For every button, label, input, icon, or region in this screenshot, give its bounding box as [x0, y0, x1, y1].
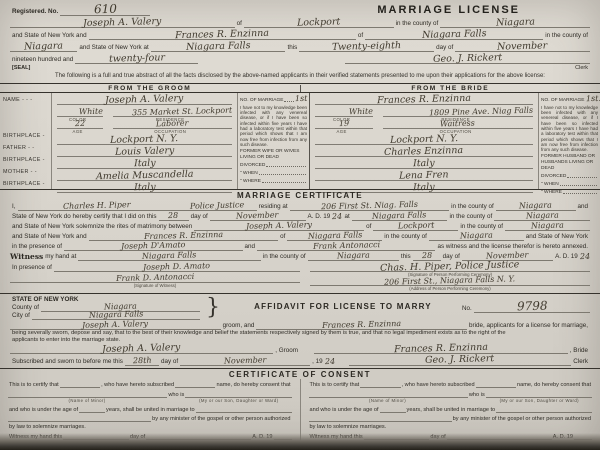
health-statement: I have not to my knowledge been infected… [541, 105, 598, 153]
officiant-address-signature: 206 First St., Niagara Falls N. Y. [384, 275, 515, 286]
printed-text: and State of New York [526, 233, 588, 241]
county-value: Niagara [337, 252, 370, 261]
clerk-signature: Geo. J. Rickert [425, 355, 494, 366]
registered-no-field: 610 [60, 3, 150, 16]
place-value: Niagara Falls [372, 211, 427, 220]
groom-name-value: Joseph A. Valery [83, 16, 162, 28]
printed-text: by any minister of the gospel or other p… [152, 416, 290, 422]
bride-occupation-value: Waitress [440, 120, 475, 129]
when-label: " WHEN [541, 182, 559, 187]
bride-fields-column: Frances R. Enzinna White 1809 Pine Ave. … [310, 93, 538, 189]
printed-text: City of [12, 312, 30, 320]
printed-text: groom, and [223, 322, 255, 330]
printed-text: this [287, 44, 297, 52]
month-value: November [224, 356, 267, 365]
county-value: Niagara [519, 202, 552, 211]
bride-residence-value: 1809 Pine Ave. Niag Falls [429, 107, 533, 118]
affidavit-line-1: Joseph A. Valery groom, and Frances R. E… [10, 319, 590, 330]
printed-text: day of [161, 358, 178, 366]
former-spouse-label: FORMER HUSBAND OR HUSBANDS LIVING OR DEA… [541, 154, 596, 171]
bride-city-value: Niagara Falls [308, 231, 363, 240]
table-header: FROM THE GROOM FROM THE BRIDE [0, 83, 600, 93]
bride-mother-birthplace-value: Italy [413, 182, 435, 192]
affidavit-title: AFFIDAVIT FOR LICENSE TO MARRY [226, 296, 460, 311]
seal-row: [SEAL] Clerk [0, 64, 600, 72]
printed-text: of [358, 32, 363, 40]
witness-signature-caption: (Signature of Witness) [10, 283, 300, 288]
printed-text: bride, applicants for a license for marr… [469, 322, 588, 330]
groom-occupation-value: Laborer [156, 120, 189, 129]
affidavit-statement-2: applicants to enter into the marriage st… [12, 337, 588, 344]
groom-signature: Joseph A. Valery [102, 343, 181, 355]
bride-column-header: FROM THE BRIDE [300, 85, 600, 92]
groom-name-value: Joseph A. Valery [246, 221, 312, 231]
printed-text: No. [462, 305, 472, 313]
affidavit-body: Joseph A. Valery groom, and Frances R. E… [0, 319, 600, 366]
marriage-license-document: Registered. No. 610 MARRIAGE LICENSE Jos… [0, 0, 600, 450]
city-value: Niagara Falls [89, 310, 144, 319]
groom-residence-value: 355 Market St. Lockport [132, 107, 232, 118]
printed-text: of [366, 223, 371, 231]
consent-title: CERTIFICATE OF CONSENT [0, 369, 600, 379]
seal-label: [SEAL] [12, 65, 30, 72]
printed-text: in the county of [384, 233, 427, 241]
certificate-line-4: and State of New York and Frances R. Enz… [10, 231, 590, 241]
former-spouse-label: FORMER WIFE OR WIVES LIVING OR DEAD [240, 149, 305, 161]
witness1-value: Joseph D'Amato [121, 241, 186, 251]
officiant-name-value: Charles H. Piper [63, 201, 131, 211]
minor-caption: (Name of Minor) [309, 398, 467, 403]
caption-age: AGE [310, 129, 373, 134]
printed-text: years, shall be united in marriage to [407, 407, 496, 413]
printed-text: , Groom [275, 347, 298, 355]
printed-text: day of [436, 44, 453, 52]
printed-text: this [401, 253, 411, 261]
printed-text: at [344, 213, 349, 221]
printed-text: and who is under the age of [310, 407, 379, 413]
groom-father-value: Louis Valery [115, 146, 175, 157]
marriage-certificate-section: MARRIAGE CERTIFICATE I, Charles H. Piper… [0, 191, 600, 291]
bride-notes-column: NO. OF MARRIAGE1st. I have not to my kno… [538, 93, 600, 189]
clerk-label: Clerk [575, 65, 588, 72]
county-value: Niagara [526, 212, 559, 221]
day-value: 28 [421, 252, 431, 260]
printed-text: by law to solemnize marriages. [310, 424, 387, 430]
printed-text: A. D. 19 [555, 253, 578, 261]
header-line-3: Niagara and State of New York at Niagara… [0, 40, 600, 52]
witness-word: Witness [10, 252, 43, 261]
registered-label: Registered. No. [12, 8, 58, 16]
day-value: Twenty-eighth [332, 41, 401, 52]
printed-text: in the county of [396, 20, 439, 28]
label-birthplace: BIRTHPLACE - [3, 181, 45, 189]
groom-mother-value: Amelia Muscandella [96, 169, 194, 181]
officiant-address-caption: (Address of Person Performing Ceremony) [310, 286, 590, 291]
health-statement: I have not to my knowledge been infected… [240, 105, 307, 148]
month-value: November [497, 41, 548, 52]
certificate-line-5: in the presence of Joseph D'Amato and Fr… [10, 241, 590, 251]
label-father: FATHER - - [3, 145, 34, 153]
year-value: twenty-four [108, 53, 164, 64]
when-label: " WHEN [240, 171, 258, 176]
label-birthplace: BIRTHPLACE - [3, 133, 45, 141]
applicants-table: NAME - - - BIRTHPLACE - FATHER - - BIRTH… [0, 93, 600, 190]
printed-text: nineteen hundred and [12, 56, 73, 64]
groom-city-value: Lockport [297, 17, 340, 28]
scan-shadow [0, 433, 600, 450]
affidavit-header: STATE OF NEW YORK County ofNiagara City … [0, 293, 600, 319]
affidavit-jurat: Subscribed and sworn to before me this 2… [10, 355, 590, 366]
printed-text: and State of New York solemnize the rite… [12, 223, 192, 231]
license-header: Registered. No. 610 MARRIAGE LICENSE Jos… [0, 3, 600, 81]
certificate-signature-block: In presence of Joseph D. Amato Frank D. … [10, 261, 590, 291]
printed-text: Clerk [573, 358, 588, 366]
affidavit-signatures: Joseph A. Valery , Groom Frances R. Enzi… [10, 344, 590, 355]
bride-birthplace-value: Lockport N. Y. [390, 134, 458, 145]
county-value: Niagara [496, 17, 535, 28]
printed-text: by law to solemnize marriages. [9, 424, 86, 430]
affidavit-statement-1: being severally sworn, depose and say, t… [12, 330, 588, 337]
registered-row: Registered. No. 610 MARRIAGE LICENSE [0, 3, 600, 16]
printed-text: in the county of [545, 32, 588, 40]
divorced-label: DIVORCED [541, 174, 566, 179]
groom-fields-column: Joseph A. Valery White 355 Market St. Lo… [52, 93, 237, 189]
printed-text: and State of New York and [12, 32, 87, 40]
groom-name-value: Joseph A. Valery [105, 93, 184, 105]
groom-birthplace-value: Lockport N. Y. [110, 134, 178, 145]
minor-caption: (Name of Minor) [8, 398, 166, 403]
printed-text: I, [12, 203, 16, 211]
bride-name-value: Frances R. Enzinna [322, 320, 401, 330]
year-value: 24 [332, 213, 342, 221]
marriage-no-label: NO. OF MARRIAGE [240, 98, 283, 103]
groom-color-value: White [79, 108, 103, 117]
county-value: Niagara [460, 232, 493, 241]
witness-signature-2: Frank D. Antonacci [116, 273, 194, 283]
groom-age-value: 22 [75, 120, 85, 128]
printed-text: my hand at [45, 253, 76, 261]
printed-text: of [237, 20, 242, 28]
printed-text: by any minister of the gospel or other p… [453, 416, 591, 422]
printed-text: in the county of [451, 203, 494, 211]
clerk-signature: Geo. J. Rickert [433, 53, 502, 64]
groom-name-value: Joseph A. Valery [82, 320, 148, 330]
witness-signature-1: Joseph D. Amato [143, 262, 210, 272]
place-value: Niagara Falls [142, 251, 197, 260]
marriage-no-label: NO. OF MARRIAGE [541, 98, 584, 103]
printed-text: This is to certify that [310, 382, 360, 388]
officiant-title-value: Police Justice [190, 201, 244, 210]
printed-text: name, do hereby consent that [517, 382, 591, 388]
caption-age: AGE [52, 129, 103, 134]
bride-name-value: Frances R. Enzinna [175, 28, 269, 40]
printed-text: of [280, 233, 285, 241]
where-label: " WHERE [541, 190, 562, 195]
label-mother: MOTHER - - [3, 169, 37, 177]
place-value: Niagara Falls [186, 41, 251, 52]
printed-text: in the county of [263, 253, 306, 261]
certificate-line-1: I, Charles H. Piper Police Justice resid… [10, 201, 590, 211]
bride-name-value: Frances R. Enzinna [377, 93, 471, 105]
printed-text: , who have hereto subscribed [402, 382, 475, 388]
county-value: Niagara [531, 222, 564, 231]
bride-father-value: Charles Enzinna [384, 145, 463, 157]
divorced-label: DIVORCED [240, 163, 265, 168]
where-label: " WHERE [240, 179, 261, 184]
bride-city-value: Niagara Falls [422, 29, 487, 40]
groom-column-header: FROM THE GROOM [0, 85, 300, 92]
ward-caption: (My or our Son, Daughter or Ward) [186, 398, 291, 403]
header-line-2: and State of New York and Frances R. Enz… [0, 28, 600, 40]
bride-marriage-no-value: 1st. [586, 95, 600, 103]
bride-color-value: White [349, 108, 373, 117]
printed-text: , Bride [570, 347, 588, 355]
groom-father-birthplace-value: Italy [134, 158, 156, 168]
printed-text: years, shall be united in marriage to [106, 407, 195, 413]
row-labels-column: NAME - - - BIRTHPLACE - FATHER - - BIRTH… [0, 93, 52, 189]
abstract-statement: The following is a full and true abstrac… [0, 72, 600, 81]
label-name: NAME - - - [3, 97, 32, 105]
printed-text: day of [191, 213, 208, 221]
officiant-address-value: 206 First St. Niag. Falls [321, 201, 418, 212]
printed-text: name, do hereby consent that [216, 382, 290, 388]
header-line-1: Joseph A. Valery of Lockport in the coun… [0, 16, 600, 28]
printed-text: State of New York do hereby certify that… [12, 213, 157, 221]
printed-text: in the county of [449, 213, 492, 221]
groom-notes-column: NO. OF MARRIAGE1st I have not to my know… [237, 93, 310, 189]
bride-father-birthplace-value: Italy [413, 158, 435, 168]
printed-text: , 19 [312, 358, 323, 366]
printed-text: Subscribed and sworn to before me this [12, 358, 123, 366]
officiant-signature: Chas. H. Piper, Police Justice [380, 260, 520, 273]
witness2-value: Frank Antonacci [313, 241, 380, 251]
printed-text: and State of New York and [12, 233, 87, 241]
printed-text: , who have hereto subscribed [101, 382, 174, 388]
brace-glyph: } [206, 296, 220, 320]
header-line-4: nineteen hundred and twenty-four Geo. J.… [0, 52, 600, 64]
certificate-line-3: and State of New York solemnize the rite… [10, 221, 590, 231]
groom-marriage-no-value: 1st [294, 95, 307, 103]
document-title: MARRIAGE LICENSE [377, 4, 520, 16]
license-number-value: 9798 [516, 300, 547, 313]
day-value: 28th [133, 357, 152, 365]
printed-text: and who is under the age of [9, 407, 78, 413]
month-value: November [236, 211, 279, 220]
printed-text: In presence of [12, 264, 52, 272]
bride-age-value: 19 [339, 120, 349, 128]
registered-no-value: 610 [94, 3, 117, 16]
printed-text: and [578, 203, 589, 211]
day-value: 28 [168, 212, 178, 220]
year-value: 24 [580, 253, 590, 261]
groom-mother-birthplace-value: Italy [134, 182, 156, 192]
printed-text: and [245, 243, 256, 251]
printed-text: in the presence of [12, 243, 62, 251]
ward-caption: (My or our Son, Daughter or Ward) [487, 398, 592, 403]
printed-text: This is to certify that [9, 382, 59, 388]
bride-mother-value: Lena Fren [399, 170, 449, 181]
label-birthplace: BIRTHPLACE - [3, 157, 45, 165]
printed-text: and State of New York at [79, 44, 148, 52]
county-value: Niagara [24, 41, 63, 52]
groom-city-value: Lockport [398, 222, 435, 231]
year-value: 24 [325, 358, 335, 366]
